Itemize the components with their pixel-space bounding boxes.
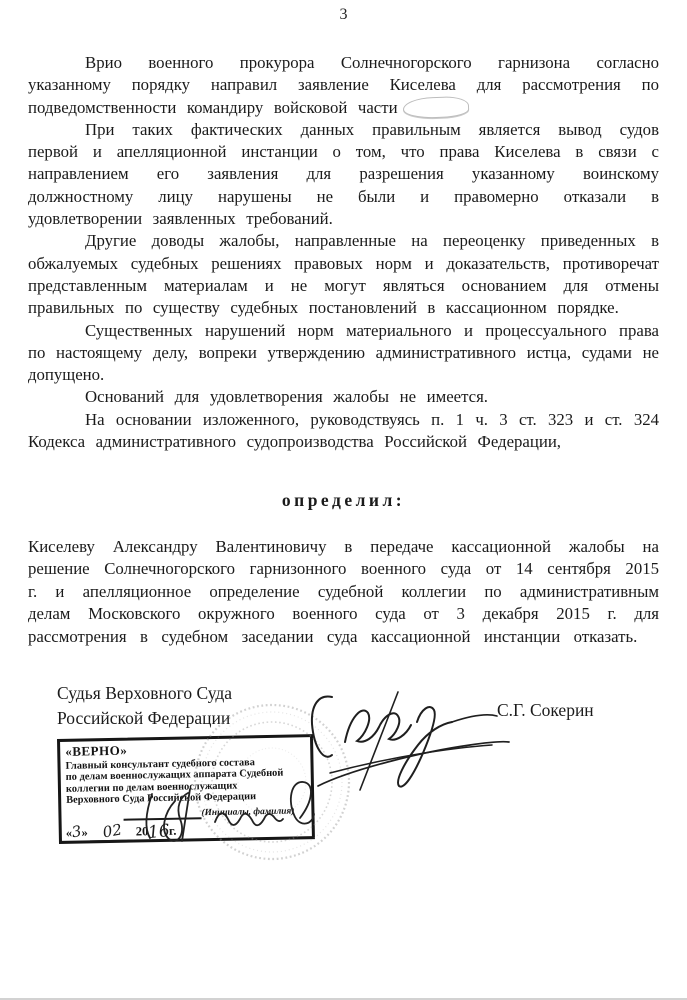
paragraph: Существенных нарушений норм материальног… [28,320,659,387]
judge-signature [312,692,509,790]
judge-role: Судья Верховного Суда Российской Федерац… [57,681,232,731]
paragraph-text: Врио военного прокурора Солнечногорского… [28,53,659,117]
handwritten-year: 16 [147,821,171,843]
ruling-heading: определил: [0,490,687,511]
paragraph: При таких фактических данных правильным … [28,119,659,230]
handwritten-month: 02 [101,820,123,841]
paragraph: Другие доводы жалобы, направленные на пе… [28,230,659,319]
stamp-initials-label: (Инициалы, фамилия) [201,806,294,818]
stamp-date-line: «3»022016г. [66,820,177,842]
judge-role-line2: Российской Федерации [57,706,232,731]
document-page: 3 Врио военного прокурора Солнечногорско… [0,0,687,1000]
page-number: 3 [0,6,687,24]
document-body: Врио военного прокурора Солнечногорского… [28,52,659,453]
paragraph: Врио военного прокурора Солнечногорского… [28,52,659,119]
judge-role-line1: Судья Верховного Суда [57,681,232,706]
judge-name: С.Г. Сокерин [497,700,594,721]
redaction-blob [402,95,469,118]
paragraph: Оснований для удовлетворения жалобы не и… [28,386,659,408]
ruling-paragraph: Киселеву Александру Валентиновичу в пере… [28,536,659,648]
month-slot: 02 [90,822,134,842]
paragraph: На основании изложенного, руководствуясь… [28,409,659,454]
certification-stamp: «ВЕРНО» Главный консультант судебного со… [57,734,315,844]
